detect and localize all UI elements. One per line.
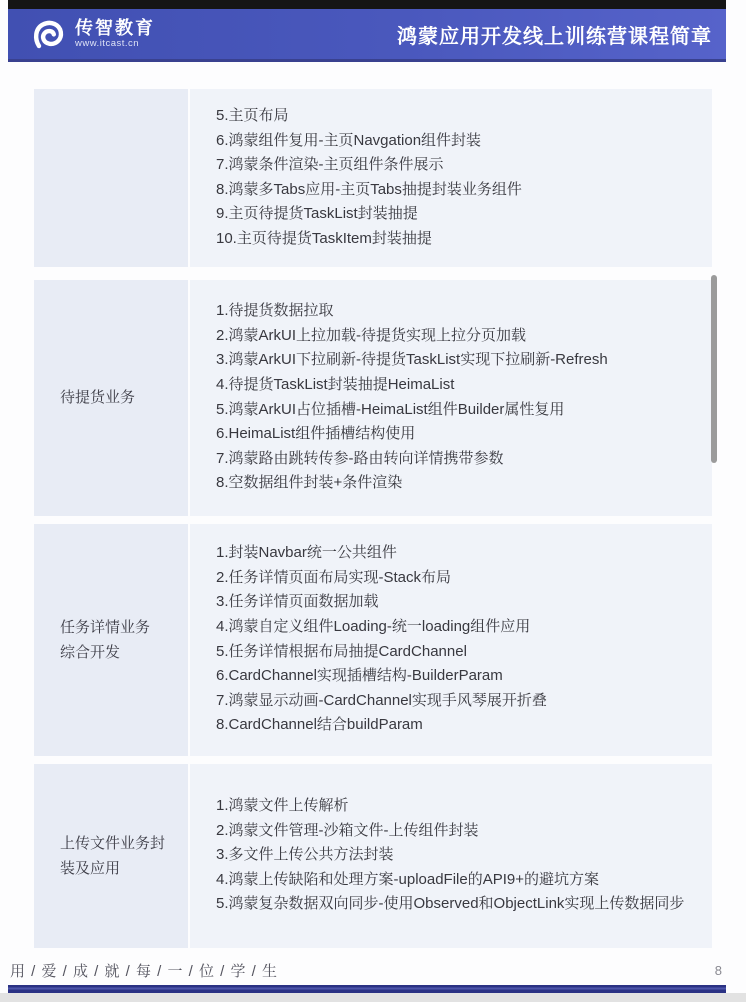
- course-item: 2.任务详情页面布局实现-Stack布局: [216, 566, 698, 591]
- page-footer: 用 / 爱 / 成 / 就 / 每 / 一 / 位 / 学 / 生 8: [10, 958, 722, 982]
- itcast-logo-icon: [30, 16, 66, 52]
- course-item: 2.鸿蒙ArkUI上拉加载-待提货实现上拉分页加载: [216, 324, 698, 349]
- footer-slogan: 用 / 爱 / 成 / 就 / 每 / 一 / 位 / 学 / 生: [10, 960, 278, 981]
- course-item: 8.鸿蒙多Tabs应用-主页Tabs抽提封装业务组件: [216, 178, 698, 203]
- category-cell: [34, 89, 188, 267]
- category-line: 任务详情业务: [60, 615, 188, 640]
- course-item: 6.CardChannel实现插槽结构-BuilderParam: [216, 664, 698, 689]
- items-cell: 5.主页布局6.鸿蒙组件复用-主页Navgation组件封装7.鸿蒙条件渲染-主…: [190, 89, 712, 267]
- course-item: 7.鸿蒙显示动画-CardChannel实现手风琴展开折叠: [216, 689, 698, 714]
- table-row: 待提货业务 1.待提货数据拉取2.鸿蒙ArkUI上拉加载-待提货实现上拉分页加载…: [34, 280, 712, 516]
- course-item: 9.主页待提货TaskList封装抽提: [216, 202, 698, 227]
- page-title: 鸿蒙应用开发线上训练营课程简章: [397, 20, 726, 49]
- items-cell: 1.待提货数据拉取2.鸿蒙ArkUI上拉加载-待提货实现上拉分页加载3.鸿蒙Ar…: [190, 280, 712, 516]
- category-cell: 上传文件业务封装及应用: [34, 764, 188, 948]
- page-number: 8: [715, 963, 722, 978]
- brand-text: 传智教育 www.itcast.cn: [75, 19, 155, 50]
- course-item: 5.鸿蒙ArkUI占位插槽-HeimaList组件Builder属性复用: [216, 398, 698, 423]
- course-item: 3.鸿蒙ArkUI下拉刷新-待提货TaskList实现下拉刷新-Refresh: [216, 348, 698, 373]
- course-item: 1.鸿蒙文件上传解析: [216, 794, 698, 819]
- course-item: 4.待提货TaskList封装抽提HeimaList: [216, 373, 698, 398]
- course-item: 3.任务详情页面数据加载: [216, 590, 698, 615]
- course-item: 2.鸿蒙文件管理-沙箱文件-上传组件封装: [216, 819, 698, 844]
- items-cell: 1.封装Navbar统一公共组件2.任务详情页面布局实现-Stack布局3.任务…: [190, 524, 712, 756]
- category-cell: 任务详情业务综合开发: [34, 524, 188, 756]
- table-row: 5.主页布局6.鸿蒙组件复用-主页Navgation组件封装7.鸿蒙条件渲染-主…: [34, 89, 712, 267]
- table-row: 上传文件业务封装及应用 1.鸿蒙文件上传解析2.鸿蒙文件管理-沙箱文件-上传组件…: [34, 764, 712, 948]
- page-header: 传智教育 www.itcast.cn 鸿蒙应用开发线上训练营课程简章: [8, 9, 726, 62]
- brand-site-url: www.itcast.cn: [75, 39, 155, 49]
- course-item: 5.任务详情根据布局抽提CardChannel: [216, 640, 698, 665]
- items-cell: 1.鸿蒙文件上传解析2.鸿蒙文件管理-沙箱文件-上传组件封装3.多文件上传公共方…: [190, 764, 712, 948]
- table-row: 任务详情业务综合开发 1.封装Navbar统一公共组件2.任务详情页面布局实现-…: [34, 524, 712, 756]
- course-item: 8.空数据组件封装+条件渲染: [216, 471, 698, 496]
- category-line: 综合开发: [60, 640, 188, 665]
- category-line: 上传文件业务封: [60, 831, 188, 856]
- brand-name: 传智教育: [75, 19, 155, 38]
- course-table: 5.主页布局6.鸿蒙组件复用-主页Navgation组件封装7.鸿蒙条件渲染-主…: [34, 89, 712, 948]
- document-page: 传智教育 www.itcast.cn 鸿蒙应用开发线上训练营课程简章 5.主页布…: [0, 0, 746, 1002]
- category-line: 待提货业务: [60, 385, 188, 410]
- scrollbar-thumb[interactable]: [711, 275, 717, 463]
- course-item: 6.鸿蒙组件复用-主页Navgation组件封装: [216, 129, 698, 154]
- course-item: 4.鸿蒙上传缺陷和处理方案-uploadFile的API9+的避坑方案: [216, 868, 698, 893]
- top-black-strip: [8, 0, 726, 9]
- course-item: 7.鸿蒙条件渲染-主页组件条件展示: [216, 153, 698, 178]
- category-line: 装及应用: [60, 856, 188, 881]
- course-item: 3.多文件上传公共方法封装: [216, 843, 698, 868]
- course-item: 1.待提货数据拉取: [216, 299, 698, 324]
- course-item: 6.HeimaList组件插槽结构使用: [216, 422, 698, 447]
- bottom-gray-strip: [0, 993, 746, 1002]
- course-item: 10.主页待提货TaskItem封装抽提: [216, 227, 698, 252]
- category-cell: 待提货业务: [34, 280, 188, 516]
- course-item: 5.主页布局: [216, 104, 698, 129]
- course-item: 5.鸿蒙复杂数据双向同步-使用Observed和ObjectLink实现上传数据…: [216, 892, 698, 917]
- course-item: 4.鸿蒙自定义组件Loading-统一loading组件应用: [216, 615, 698, 640]
- course-item: 1.封装Navbar统一公共组件: [216, 541, 698, 566]
- brand-block: 传智教育 www.itcast.cn: [30, 16, 155, 52]
- course-item: 8.CardChannel结合buildParam: [216, 713, 698, 738]
- bottom-divider-bar: [8, 985, 726, 993]
- course-item: 7.鸿蒙路由跳转传参-路由转向详情携带参数: [216, 447, 698, 472]
